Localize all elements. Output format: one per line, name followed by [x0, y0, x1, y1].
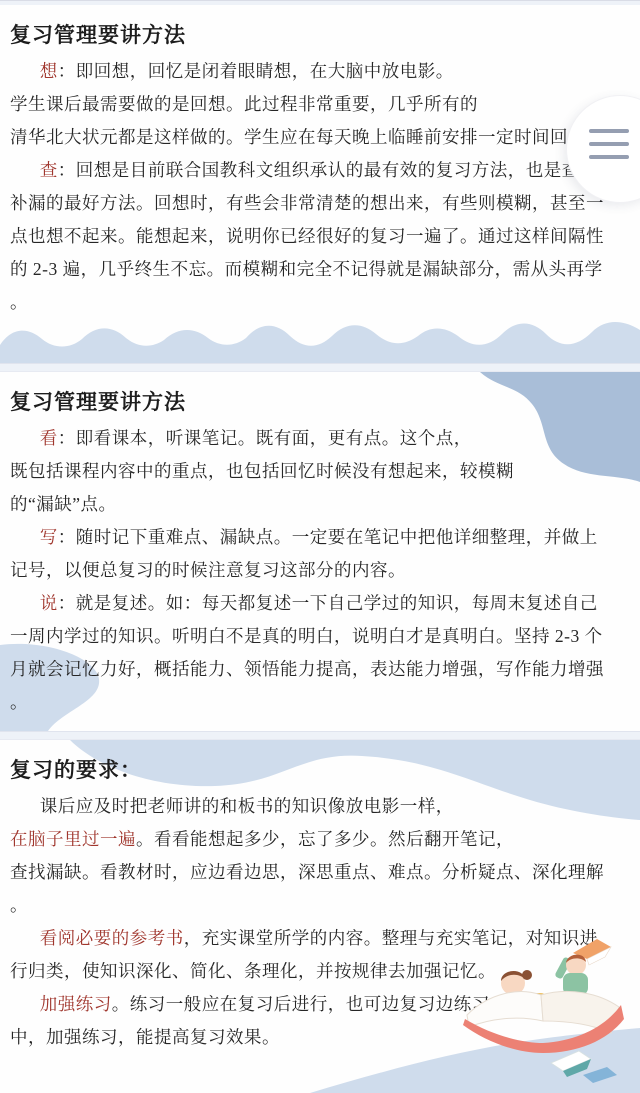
- text-segment: 。: [10, 692, 28, 712]
- keyword-red: 写: [40, 527, 58, 547]
- text-line: 课后应及时把老师讲的和板书的知识像放电影一样，: [10, 790, 632, 823]
- text-segment: 。: [10, 292, 28, 312]
- text-segment: ：即看课本，听课笔记。既有面，更有点。这个点，: [58, 428, 472, 448]
- keyword-red: 看阅必要的参考书: [40, 928, 184, 948]
- flying-paper-teal: [551, 1051, 591, 1077]
- text-segment: 记号，以便总复习的时候注意复习这部分的内容。: [10, 560, 406, 580]
- open-book: [463, 991, 624, 1053]
- text-line: 的“漏缺”点。: [10, 488, 632, 521]
- hamburger-menu-icon: [589, 129, 629, 168]
- slide-1-text: 想：即回想，回忆是闭着眼睛想，在大脑中放电影。学生课后最需要做的是回想。此过程非…: [0, 53, 640, 319]
- text-line: 既包括课程内容中的重点，也包括回忆时候没有想起来，较模糊: [10, 455, 632, 488]
- text-line: 。: [10, 889, 632, 922]
- text-line: 的 2-3 遍，几乎终生不忘。而模糊和完全不记得就是漏缺部分，需从头再学: [10, 253, 632, 286]
- text-line: 在脑子里过一遍。看看能想起多少，忘了多少。然后翻开笔记，: [10, 823, 632, 856]
- page-gap: [0, 731, 640, 740]
- keyword-red: 加强练习: [40, 994, 112, 1014]
- text-line: 补漏的最好方法。回想时，有些会非常清楚的想出来，有些则模糊，甚至一: [10, 187, 632, 220]
- text-line: 月就会记忆力好，概括能力、领悟能力提高，表达能力增强，写作能力增强: [10, 653, 632, 686]
- text-segment: 中，加强练习，能提高复习效果。: [10, 1027, 280, 1047]
- text-line: 想：即回想，回忆是闭着眼睛想，在大脑中放电影。: [10, 55, 632, 88]
- text-segment: 学生课后最需要做的是回想。此过程非常重要，几乎所有的: [10, 94, 478, 114]
- text-line: 查：回想是目前联合国教科文组织承认的最有效的复习方法，也是查缺: [10, 154, 632, 187]
- keyword-red: 看: [40, 428, 58, 448]
- text-line: 点也想不起来。能想起来，说明你已经很好的复习一遍了。通过这样间隔性: [10, 220, 632, 253]
- keyword-red: 说: [40, 593, 58, 613]
- slide-3-title: 复习的要求：: [0, 740, 640, 788]
- text-line: 。: [10, 686, 632, 719]
- document-view: 复习管理要讲方法 想：即回想，回忆是闭着眼睛想，在大脑中放电影。学生课后最需要做…: [0, 0, 640, 1093]
- text-line: 写：随时记下重难点、漏缺点。一定要在笔记中把他详细整理，并做上: [10, 521, 632, 554]
- keyword-red: 在脑子里过一遍: [10, 829, 136, 849]
- text-segment: 。: [10, 895, 28, 915]
- text-line: 查找漏缺。看教材时，应边看边思，深思重点、难点。分析疑点、深化理解: [10, 856, 632, 889]
- keyword-red: 想: [40, 61, 58, 81]
- text-segment: 清华北大状元都是这样做的。学生应在每天晚上临睡前安排一定时间回: [10, 127, 568, 147]
- text-segment: 既包括课程内容中的重点，也包括回忆时候没有想起来，较模糊: [10, 461, 514, 481]
- text-segment: ：就是复述。如：每天都复述一下自己学过的知识，每周末复述自己: [58, 593, 598, 613]
- slide-2-text: 看：即看课本，听课笔记。既有面，更有点。这个点，既包括课程内容中的重点，也包括回…: [0, 420, 640, 719]
- text-segment: ：随时记下重难点、漏缺点。一定要在笔记中把他详细整理，并做上: [58, 527, 598, 547]
- text-segment: 。看看能想起多少，忘了多少。然后翻开笔记，: [136, 829, 514, 849]
- text-segment: 查找漏缺。看教材时，应边看边思，深思重点、难点。分析疑点、深化理解: [10, 862, 604, 882]
- slide-3: 复习的要求： 课后应及时把老师讲的和板书的知识像放电影一样，在脑子里过一遍。看看…: [0, 740, 640, 1093]
- text-line: 。: [10, 286, 632, 319]
- text-line: 看：即看课本，听课笔记。既有面，更有点。这个点，: [10, 422, 632, 455]
- text-segment: 一周内学过的知识。听明白不是真的明白，说明白才是真明白。坚持 2-3 个: [10, 626, 603, 646]
- slide-2-title: 复习管理要讲方法: [0, 372, 640, 420]
- text-segment: ：即回想，回忆是闭着眼睛想，在大脑中放电影。: [58, 61, 454, 81]
- slide-2: 复习管理要讲方法 看：即看课本，听课笔记。既有面，更有点。这个点，既包括课程内容…: [0, 372, 640, 731]
- text-segment: 的 2-3 遍，几乎终生不忘。而模糊和完全不记得就是漏缺部分，需从头再学: [10, 259, 603, 279]
- slide-1-title: 复习管理要讲方法: [0, 5, 640, 53]
- page-gap: [0, 363, 640, 372]
- text-segment: 补漏的最好方法。回想时，有些会非常清楚的想出来，有些则模糊，甚至一: [10, 193, 604, 213]
- text-line: 学生课后最需要做的是回想。此过程非常重要，几乎所有的: [10, 88, 632, 121]
- slide-1: 复习管理要讲方法 想：即回想，回忆是闭着眼睛想，在大脑中放电影。学生课后最需要做…: [0, 5, 640, 363]
- children-reading-on-flying-book-illustration: [455, 935, 640, 1085]
- text-segment: 的“漏缺”点。: [10, 494, 117, 514]
- flying-paper-blue: [583, 1067, 617, 1083]
- text-segment: 课后应及时把老师讲的和板书的知识像放电影一样，: [40, 796, 454, 816]
- text-segment: 行归类，使知识深化、简化、条理化，并按规律去加强记忆。: [10, 961, 496, 981]
- text-segment: 月就会记忆力好，概括能力、领悟能力提高，表达能力增强，写作能力增强: [10, 659, 604, 679]
- text-line: 说：就是复述。如：每天都复述一下自己学过的知识，每周末复述自己: [10, 587, 632, 620]
- text-line: 一周内学过的知识。听明白不是真的明白，说明白才是真明白。坚持 2-3 个: [10, 620, 632, 653]
- text-segment: ：回想是目前联合国教科文组织承认的最有效的复习方法，也是查缺: [58, 160, 598, 180]
- keyword-red: 查: [40, 160, 58, 180]
- text-line: 记号，以便总复习的时候注意复习这部分的内容。: [10, 554, 632, 587]
- text-line: 清华北大状元都是这样做的。学生应在每天晚上临睡前安排一定时间回: [10, 121, 632, 154]
- text-segment: 点也想不起来。能想起来，说明你已经很好的复习一遍了。通过这样间隔性: [10, 226, 604, 246]
- wave-divider-decoration: [0, 317, 640, 363]
